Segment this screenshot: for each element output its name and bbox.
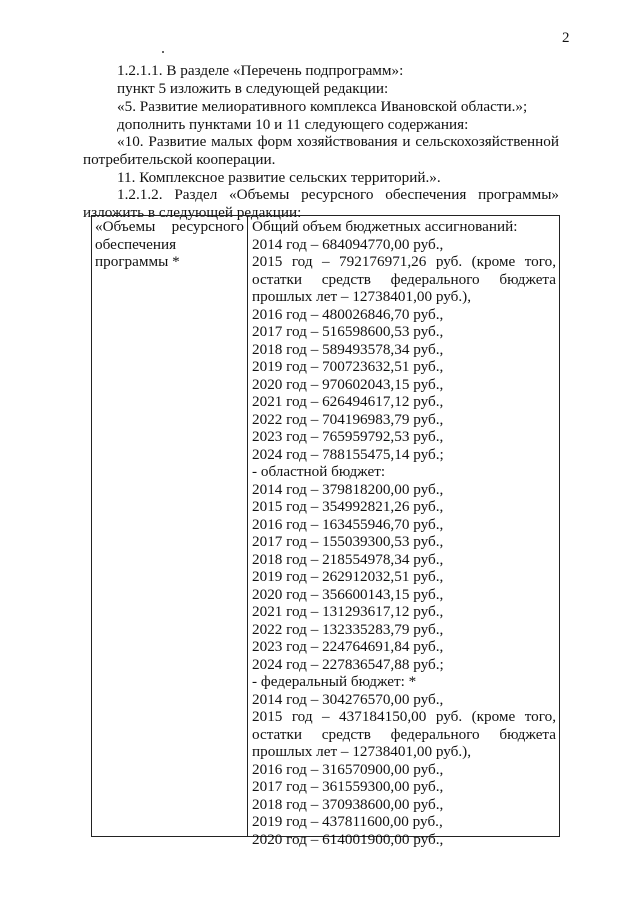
budget-row: 2022 год – 704196983,79 руб., [252,411,556,429]
budget-row: 2014 год – 684094770,00 руб., [252,236,556,254]
budget-row: 2018 год – 370938600,00 руб., [252,796,556,814]
budget-row: 2017 год – 516598600,53 руб., [252,323,556,341]
table-label-cell: «Объемы ресурсного обеспечения программы… [92,216,248,836]
budget-row: 2017 год – 155039300,53 руб., [252,533,556,551]
total-header: Общий объем бюджетных ассигнований: [252,218,556,236]
paragraph-1-2-1-2-line-1: 1.2.1.2. Раздел «Объемы ресурсного обесп… [83,186,559,204]
paragraph-item-5-text: «5. Развитие мелиоративного комплекса Ив… [117,98,593,116]
paragraph-item-10-line-1: «10. Развитие малых форм хозяйствования … [83,133,559,151]
page-number: 2 [562,30,570,47]
budget-row: 2016 год – 480026846,70 руб., [252,306,556,324]
label-line-3: программы * [95,253,244,271]
budget-row: 2014 год – 379818200,00 руб., [252,481,556,499]
label-line-2: обеспечения [95,236,244,254]
budget-row: 2014 год – 304276570,00 руб., [252,691,556,709]
paragraph-item-10-line-2: потребительской кооперации. [83,151,559,169]
budget-row: 2022 год – 132335283,79 руб., [252,621,556,639]
budget-row: 2019 год – 700723632,51 руб., [252,358,556,376]
budget-row: 2019 год – 437811600,00 руб., [252,813,556,831]
budget-row: 2017 год – 361559300,00 руб., [252,778,556,796]
budget-row: 2021 год – 626494617,12 руб., [252,393,556,411]
resource-volume-table: «Объемы ресурсного обеспечения программы… [91,215,560,837]
budget-row: остатки средств федерального бюджета [252,726,556,744]
budget-row: 2024 год – 227836547,88 руб.; [252,656,556,674]
paragraph-item-10: «10. Развитие малых форм хозяйствования … [83,133,559,168]
regional-header: - областной бюджет: [252,463,556,481]
regional-rows: 2014 год – 379818200,00 руб.,2015 год – … [252,481,556,674]
budget-row: 2023 год – 765959792,53 руб., [252,428,556,446]
budget-row: 2015 год – 437184150,00 руб. (кроме того… [252,708,556,726]
paragraph-item-5-instruction: пункт 5 изложить в следующей редакции: [117,80,593,98]
budget-row: 2024 год – 788155475,14 руб.; [252,446,556,464]
budget-row: остатки средств федерального бюджета [252,271,556,289]
budget-row: 2015 год – 354992821,26 руб., [252,498,556,516]
table-value-cell: Общий объем бюджетных ассигнований: 2014… [248,216,559,836]
budget-row: прошлых лет – 12738401,00 руб.), [252,743,556,761]
budget-row: прошлых лет – 12738401,00 руб.), [252,288,556,306]
budget-row: 2023 год – 224764691,84 руб., [252,638,556,656]
budget-row: 2016 год – 316570900,00 руб., [252,761,556,779]
budget-row: 2020 год – 614001900,00 руб., [252,831,556,849]
budget-row: 2018 год – 589493578,34 руб., [252,341,556,359]
budget-row: 2016 год – 163455946,70 руб., [252,516,556,534]
total-rows: 2014 год – 684094770,00 руб.,2015 год – … [252,236,556,464]
budget-row: 2015 год – 792176971,26 руб. (кроме того… [252,253,556,271]
paragraph-1-2-1-1: 1.2.1.1. В разделе «Перечень подпрограмм… [117,62,593,80]
label-line-1: «Объемы ресурсного [95,218,244,236]
federal-rows: 2014 год – 304276570,00 руб.,2015 год – … [252,691,556,849]
federal-header: - федеральный бюджет: * [252,673,556,691]
scan-speck [162,51,164,53]
budget-row: 2019 год – 262912032,51 руб., [252,568,556,586]
budget-row: 2021 год – 131293617,12 руб., [252,603,556,621]
budget-row: 2020 год – 970602043,15 руб., [252,376,556,394]
paragraph-item-11: 11. Комплексное развитие сельских террит… [117,169,593,187]
budget-row: 2020 год – 356600143,15 руб., [252,586,556,604]
budget-row: 2018 год – 218554978,34 руб., [252,551,556,569]
paragraph-add-items: дополнить пунктами 10 и 11 следующего со… [117,116,593,134]
